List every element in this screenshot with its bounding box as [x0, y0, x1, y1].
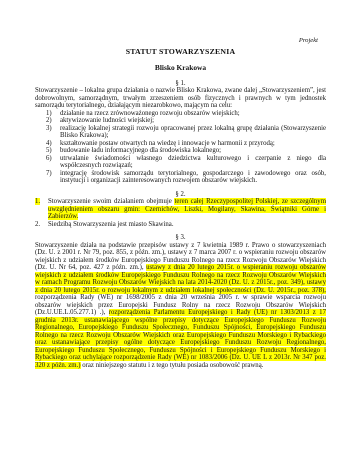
objective-number: 3)	[46, 125, 52, 133]
objective-item: 2) aktywizowanie ludności wiejskiej;	[35, 117, 326, 125]
text-run: oraz niniejszego statutu i z tego tytułu…	[81, 362, 264, 369]
objective-item: 5) budowanie ładu informacyjnego dla śro…	[35, 147, 326, 155]
objective-item: 7) integrację środowisk samorządu teryto…	[35, 170, 326, 185]
objective-number: 2)	[46, 117, 52, 125]
objective-number: 4)	[46, 140, 52, 148]
section-1-heading: § 1.	[35, 80, 326, 88]
section-2-heading: § 2.	[35, 191, 326, 199]
text-run: Stowarzyszenie swoim działaniem obejmuje	[48, 198, 174, 205]
objective-number: 5)	[46, 147, 52, 155]
objective-item: 1) działanie na rzecz zrównoważonego roz…	[35, 110, 326, 118]
item-number: 2.	[35, 221, 40, 229]
objective-item: 3) realizację lokalnej strategii rozwoju…	[35, 125, 326, 140]
objective-text: realizację lokalnej strategii rozwoju op…	[60, 125, 326, 140]
objective-text: aktywizowanie ludności wiejskiej;	[60, 117, 154, 124]
objective-text: integrację środowisk samorządu terytoria…	[60, 170, 326, 185]
item-text: Siedzibą Stowarzyszenia jest miasto Skaw…	[48, 221, 174, 228]
section-1-intro: Stowarzyszenie – lokalna grupa działania…	[35, 87, 326, 110]
highlighted-text: 1.	[35, 198, 40, 205]
item-text: Stowarzyszenie swoim działaniem obejmuje…	[48, 198, 326, 220]
section-2-item: 2. Siedzibą Stowarzyszenia jest miasto S…	[35, 221, 326, 229]
objective-text: budowanie ładu informacyjnego dla środow…	[60, 147, 221, 154]
objective-item: 4) kształtowanie postaw otwartych na wie…	[35, 140, 326, 148]
highlighted-text: rozporządzenia Parlamentu Europejskiego …	[35, 309, 326, 369]
objective-text: utrwalanie świadomości własnego dziedzic…	[60, 155, 326, 170]
objective-text: działanie na rzecz zrównoważonego rozwoj…	[60, 110, 240, 117]
document-title: STATUT STOWARZYSZENIA	[35, 48, 326, 56]
document-page: Projekt STATUT STOWARZYSZENIA Blisko Kra…	[0, 0, 360, 466]
objectives-list: 1) działanie na rzecz zrównoważonego roz…	[35, 110, 326, 185]
project-label: Projekt	[35, 37, 326, 45]
objective-item: 6) utrwalanie świadomości własnego dzied…	[35, 155, 326, 170]
objective-number: 1)	[46, 110, 52, 118]
section-2-list: 1. Stowarzyszenie swoim działaniem obejm…	[35, 198, 326, 228]
objective-text: kształtowanie postaw otwartych na wiedzę…	[60, 140, 275, 147]
objective-number: 6)	[46, 155, 52, 163]
text-run: 2.	[35, 221, 40, 228]
item-number: 1.	[35, 198, 40, 206]
document-subtitle: Blisko Krakowa	[35, 64, 326, 72]
section-3-heading: § 3.	[35, 234, 326, 242]
text-run: Siedzibą Stowarzyszenia jest miasto Skaw…	[48, 221, 174, 228]
section-3-paragraph: Stowarzyszenie działa na podstawie przep…	[35, 242, 326, 370]
objective-number: 7)	[46, 170, 52, 178]
section-2-item: 1. Stowarzyszenie swoim działaniem obejm…	[35, 198, 326, 221]
